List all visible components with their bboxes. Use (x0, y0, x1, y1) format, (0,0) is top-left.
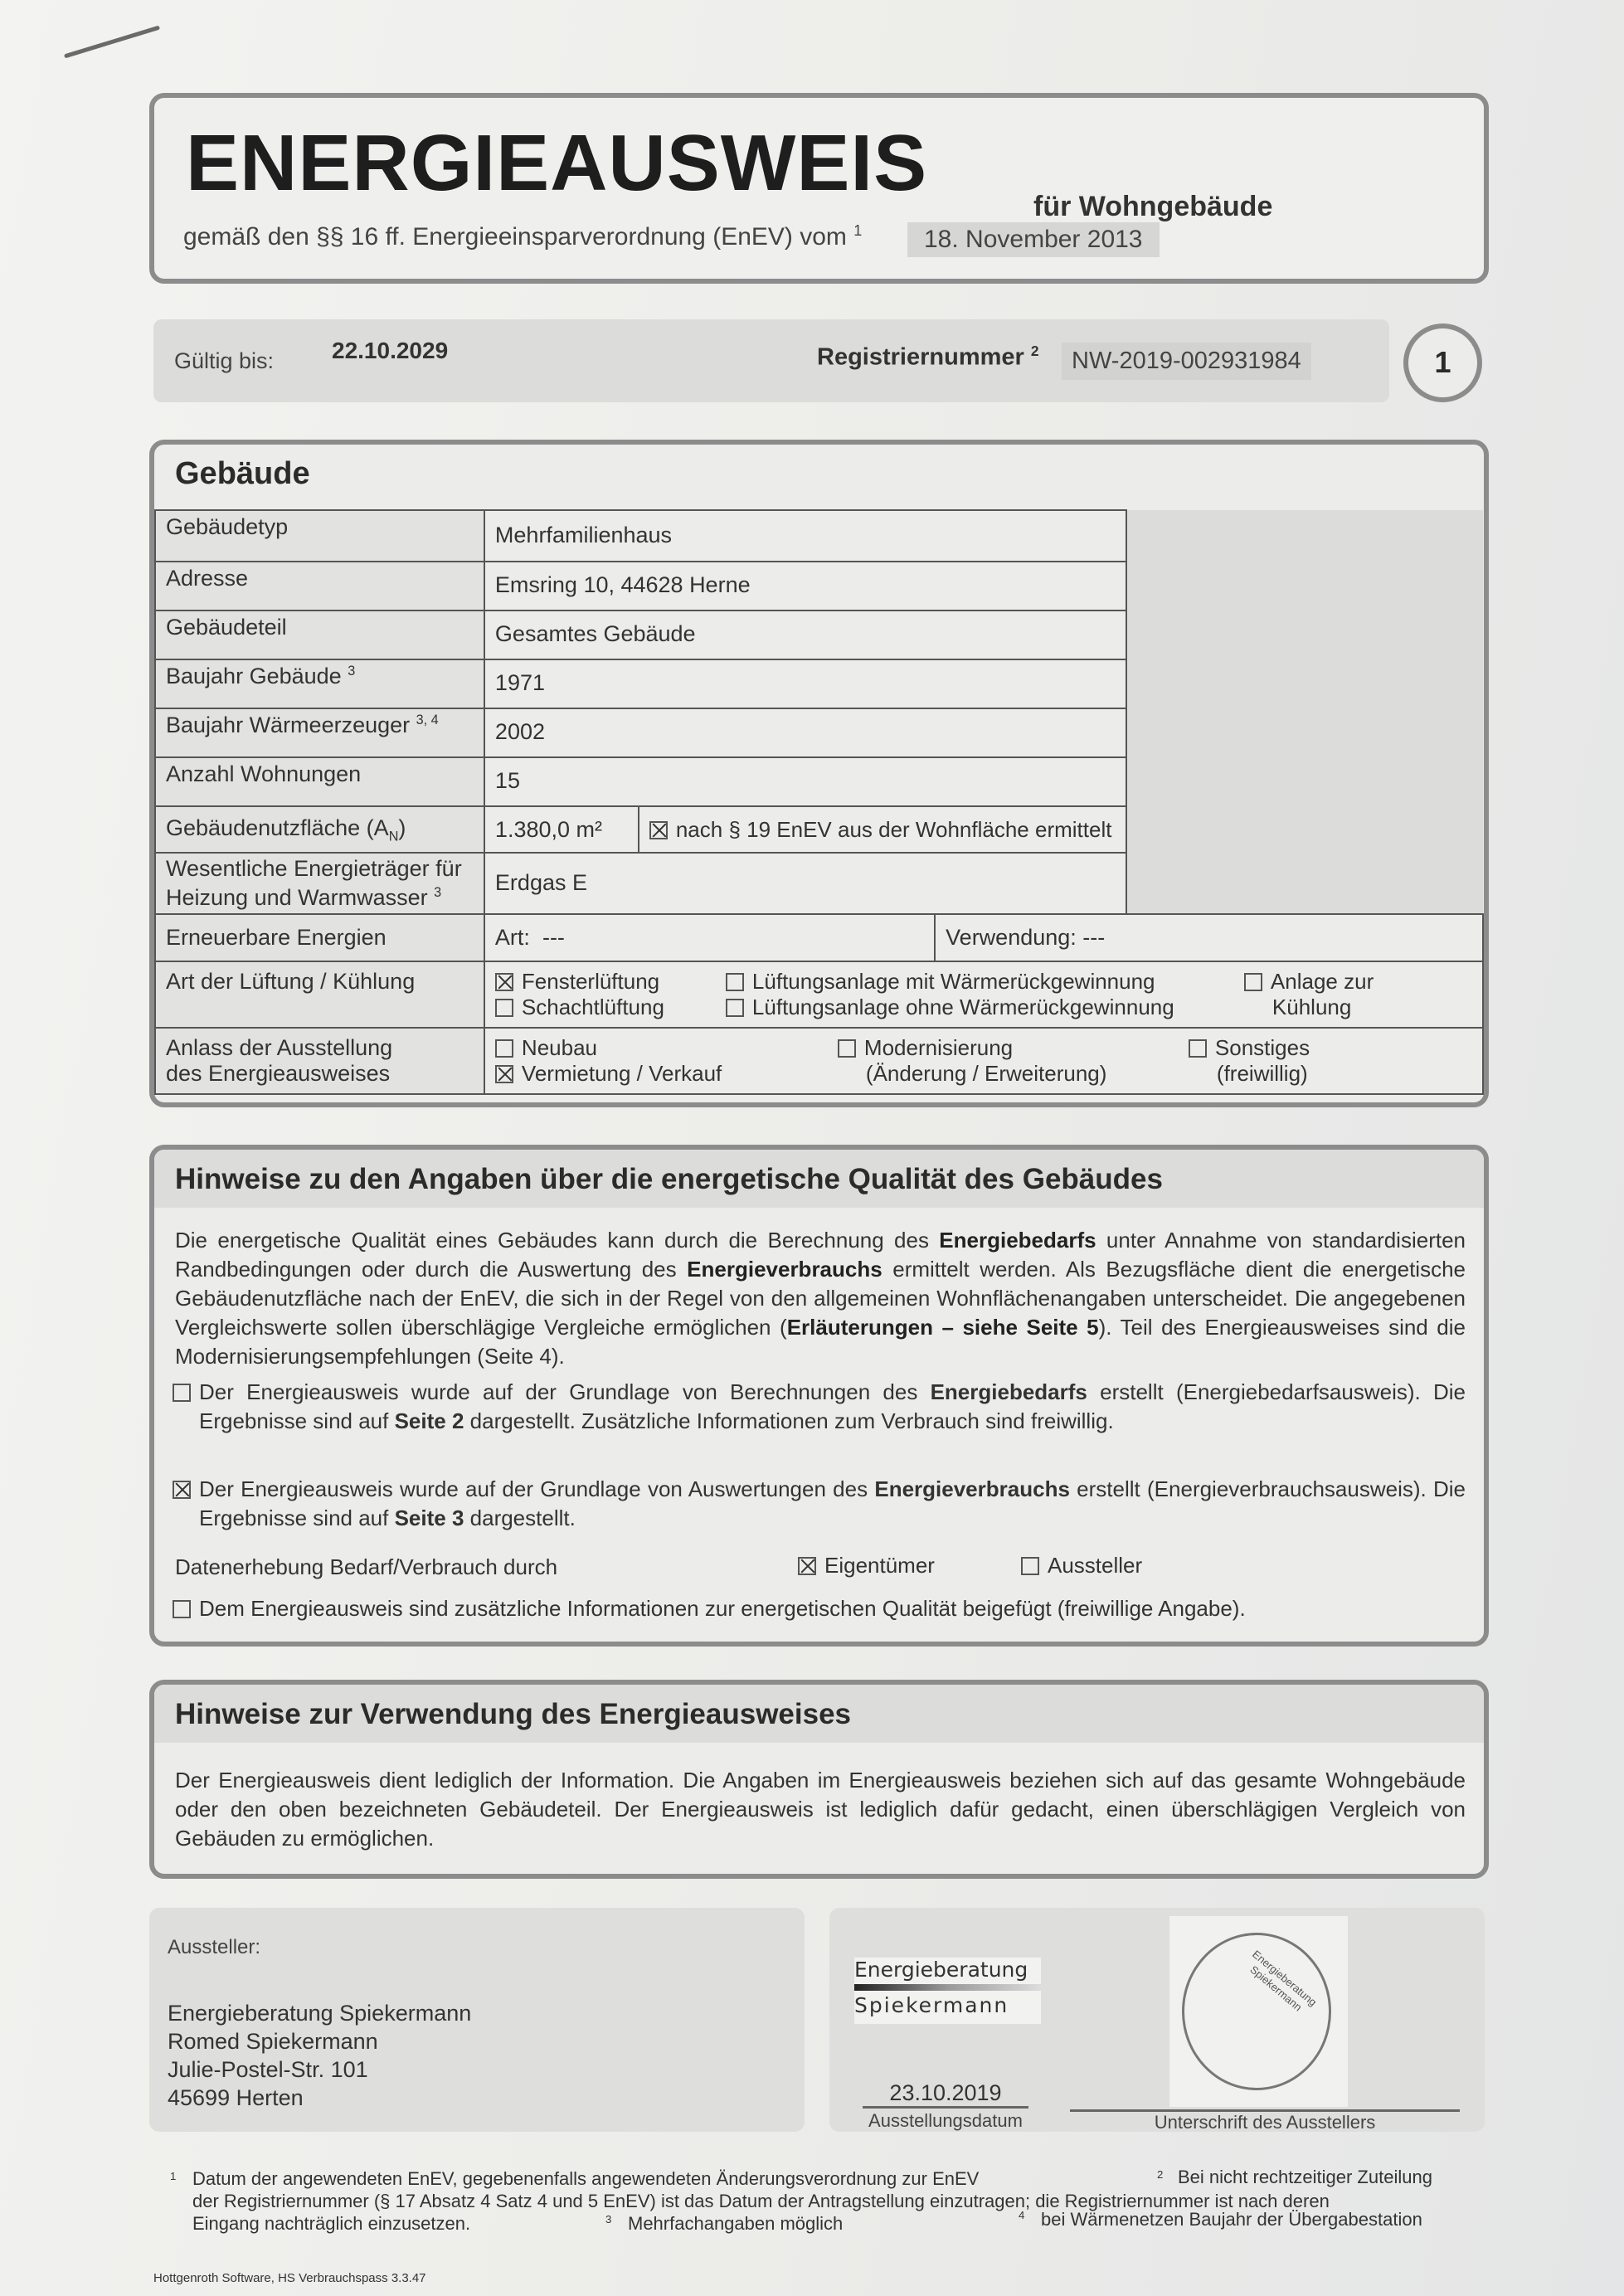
row-label: Gebäudetyp (155, 510, 484, 562)
issuer-panel: Aussteller: Energieberatung Spiekermann … (149, 1908, 805, 2132)
footnote-4: bei Wärmenetzen Baujahr der Übergabestat… (1041, 2208, 1422, 2230)
logo-bar (854, 1984, 1041, 1991)
occasion-option-label-line2: (freiwillig) (1189, 1061, 1308, 1086)
checkbox-checked[interactable] (495, 973, 513, 991)
data-collection-owner: Eigentümer (798, 1553, 935, 1578)
footnote-ref: 2 (1031, 343, 1039, 359)
row-label: Gebäudenutzfläche (AN) (155, 806, 484, 853)
ventilation-option-label: Lüftungsanlage ohne Wärmerückgewinnung (752, 995, 1174, 1019)
footnote-2-end: Eingang nachträglich einzusetzen. (192, 2212, 470, 2235)
checkbox-unchecked[interactable] (1189, 1039, 1207, 1058)
text-bold: Erläuterungen – siehe Seite 5 (787, 1315, 1099, 1340)
text: dargestellt. (464, 1506, 575, 1530)
logo-line2: Spiekermann (854, 1993, 1041, 2017)
issuer-address: Energieberatung Spiekermann Romed Spieke… (168, 1999, 471, 2112)
text: Die energetische Qualität eines Gebäudes… (175, 1228, 939, 1253)
checkbox-unchecked[interactable] (1021, 1557, 1039, 1575)
registration-label: Registriernummer 2 (817, 343, 1039, 372)
issuer-label: Aussteller (1048, 1553, 1142, 1578)
renewable-use: Verwendung: --- (935, 914, 1483, 961)
row-value: Gesamtes Gebäude (484, 610, 1126, 659)
footnote-ref: 1 (853, 222, 862, 239)
text-bold: Energiebedarfs (931, 1379, 1087, 1404)
regulation-line: gemäß den §§ 16 ff. Energieeinsparverord… (183, 222, 862, 251)
owner-label: Eigentümer (824, 1553, 935, 1578)
footnote-1-mark: 1 (170, 2165, 176, 2191)
date-signature-panel: Energieberatung Spiekermann Energieberat… (829, 1908, 1485, 2132)
footnote-mark: 3 (605, 2213, 611, 2225)
footnote-2-mark: 2 (1157, 2163, 1163, 2190)
renewable-use-value: --- (1082, 925, 1105, 950)
row-label-line2: Heizung und Warmwasser (166, 885, 428, 910)
building-photo-placeholder (1126, 510, 1483, 914)
validity-bar: Gültig bis: 22.10.2029 Registriernummer … (153, 319, 1389, 402)
area-method-label: nach § 19 EnEV aus der Wohnfläche ermitt… (676, 817, 1112, 842)
ventilation-option-label: Schachtlüftung (522, 995, 664, 1019)
valid-until-label: Gültig bis: (174, 348, 274, 374)
subscript: N (389, 829, 399, 844)
checkbox-unchecked[interactable] (726, 973, 744, 991)
row-value: Erdgas E (484, 853, 1126, 914)
row-value: 2002 (484, 708, 1126, 757)
issuer-logo: Energieberatung Spiekermann (854, 1958, 1041, 2024)
regulation-date: 18. November 2013 (907, 222, 1160, 257)
row-label: Anlass der Ausstellungdes Energieausweis… (155, 1028, 484, 1094)
checkbox-unchecked[interactable] (1244, 973, 1262, 991)
occasion-option-label: Modernisierung (864, 1035, 1013, 1060)
title-box: ENERGIEAUSWEIS für Wohngebäude gemäß den… (149, 93, 1489, 284)
checkbox-unchecked[interactable] (495, 999, 513, 1017)
table-row: Erneuerbare Energien Art: --- Verwendung… (155, 914, 1483, 961)
checkbox-checked[interactable] (798, 1557, 816, 1575)
table-row: Anlass der Ausstellungdes Energieausweis… (155, 1028, 1483, 1094)
footnote-mark: 1 (170, 2170, 176, 2182)
row-value: Mehrfamilienhaus (484, 510, 1126, 562)
logo-line1: Energieberatung (854, 1958, 1041, 1982)
page-number: 1 (1403, 323, 1482, 402)
renewable-use-label: Verwendung: (946, 925, 1077, 950)
row-label: Erneuerbare Energien (155, 914, 484, 961)
row-label: Baujahr Gebäude 3 (155, 659, 484, 708)
issuer-line: Julie-Postel-Str. 101 (168, 2055, 471, 2084)
additional-info-option: Dem Energieausweis sind zusätzliche Info… (173, 1596, 1246, 1622)
usage-notes-section: Hinweise zur Verwendung des Energieauswe… (149, 1680, 1489, 1879)
occasion-option-label: Sonstiges (1215, 1035, 1310, 1060)
row-label: Art der Lüftung / Kühlung (155, 961, 484, 1028)
checkbox-checked[interactable] (495, 1065, 513, 1083)
area-method: nach § 19 EnEV aus der Wohnfläche ermitt… (639, 806, 1126, 853)
registration-number: NW-2019-002931984 (1062, 343, 1311, 380)
text-bold: Seite 3 (395, 1506, 464, 1530)
data-collection-issuer: Aussteller (1021, 1553, 1142, 1578)
row-label-line1: Anlass der Ausstellung (166, 1035, 392, 1060)
issuer-line: 45699 Herten (168, 2084, 471, 2112)
section-title: Gebäude (175, 456, 310, 492)
footnote-mark: 4 (1019, 2209, 1024, 2221)
ventilation-option-label: Anlage zur (1271, 969, 1374, 994)
renewable-type-value: --- (542, 925, 565, 950)
issuer-label: Aussteller: (168, 1936, 260, 1959)
row-label: Anzahl Wohnungen (155, 757, 484, 806)
row-label: Wesentliche Energieträger fürHeizung und… (155, 853, 484, 914)
text-bold: Energiebedarfs (939, 1228, 1096, 1253)
row-label-line2: des Energieausweises (166, 1061, 390, 1086)
ventilation-option-label-line2: Kühlung (1244, 995, 1351, 1019)
row-label-line1: Wesentliche Energieträger für (166, 856, 462, 881)
occasion-option-label-line2: (Änderung / Erweiterung) (838, 1061, 1106, 1086)
footnote-ref: 3, 4 (416, 713, 439, 727)
section-title: Hinweise zur Verwendung des Energieauswe… (175, 1698, 851, 1731)
text-bold: Energieverbrauchs (874, 1476, 1070, 1501)
table-row: Art der Lüftung / Kühlung Fensterlüftung… (155, 961, 1483, 1028)
issue-date-label: Ausstellungsdatum (863, 2110, 1028, 2132)
software-credit: Hottgenroth Software, HS Verbrauchspass … (153, 2271, 426, 2285)
checkbox-unchecked[interactable] (838, 1039, 856, 1058)
issuer-line: Romed Spiekermann (168, 2027, 471, 2055)
row-value: 1971 (484, 659, 1126, 708)
row-label: Baujahr Wärmeerzeuger 3, 4 (155, 708, 484, 757)
consumption-certificate-option: Der Energieausweis wurde auf der Grundla… (173, 1475, 1466, 1533)
checkbox-unchecked[interactable] (726, 999, 744, 1017)
stamp-icon: Energieberatung Spiekermann (1169, 1916, 1348, 2107)
text-bold: Energieverbrauchs (687, 1257, 883, 1282)
footnote-ref: 3 (434, 885, 441, 900)
checkbox-unchecked[interactable] (495, 1039, 513, 1058)
row-label-text: Gebäudenutzfläche (A (166, 815, 389, 840)
row-value: 15 (484, 757, 1126, 806)
regulation-text: gemäß den §§ 16 ff. Energieeinsparverord… (183, 223, 847, 251)
row-label: Gebäudeteil (155, 610, 484, 659)
renewable-type-label: Art: (495, 925, 530, 950)
text: dargestellt. Zusätzliche Informationen z… (464, 1408, 1113, 1433)
footnote-4-mark: 4 (1019, 2204, 1024, 2230)
data-collection-label: Datenerhebung Bedarf/Verbrauch durch (175, 1554, 557, 1580)
footnote-mark: 2 (1157, 2168, 1163, 2181)
additional-info-label: Dem Energieausweis sind zusätzliche Info… (199, 1596, 1246, 1621)
checkbox-checked[interactable] (173, 1481, 191, 1499)
valid-until-date: 22.10.2029 (332, 338, 448, 364)
row-value: Emsring 10, 44628 Herne (484, 562, 1126, 610)
occasion-options: NeubauVermietung / Verkauf Modernisierun… (484, 1028, 1483, 1094)
occasion-option-label: Neubau (522, 1035, 597, 1060)
row-label-end: ) (398, 815, 406, 840)
issuer-line: Energieberatung Spiekermann (168, 1999, 471, 2027)
footnote-2-start: Bei nicht rechtzeitiger Zuteilung (1178, 2166, 1432, 2188)
checkbox-unchecked[interactable] (173, 1600, 191, 1618)
quality-notes-section: Hinweise zu den Angaben über die energet… (149, 1145, 1489, 1647)
renewable-type: Art: --- (484, 914, 935, 961)
ventilation-options: FensterlüftungSchachtlüftung Lüftungsanl… (484, 961, 1483, 1028)
footnote-3: Mehrfachangaben möglich (628, 2212, 843, 2235)
document-subtitle: für Wohngebäude (1033, 191, 1272, 223)
document-title: ENERGIEAUSWEIS (186, 118, 927, 209)
signature-label: Unterschrift des Ausstellers (1070, 2112, 1460, 2133)
building-section: Gebäude Gebäudetyp Mehrfamilienhaus Adre… (149, 440, 1489, 1107)
occasion-option-label: Vermietung / Verkauf (522, 1061, 722, 1086)
demand-certificate-option: Der Energieausweis wurde auf der Grundla… (173, 1378, 1466, 1436)
footnote-1: Datum der angewendeten EnEV, gegebenenfa… (192, 2167, 979, 2190)
text-bold: Seite 2 (395, 1408, 464, 1433)
building-table: Gebäudetyp Mehrfamilienhaus Adresse Emsr… (154, 509, 1484, 1095)
footnote-ref: 3 (348, 664, 355, 679)
table-row: Gebäudetyp Mehrfamilienhaus (155, 510, 1483, 562)
quality-intro-text: Die energetische Qualität eines Gebäudes… (175, 1226, 1466, 1371)
ventilation-option-label: Fensterlüftung (522, 969, 659, 994)
usage-notes-text: Der Energieausweis dient lediglich der I… (175, 1766, 1466, 1853)
checkbox-checked[interactable] (649, 821, 668, 839)
registration-label-text: Registriernummer (817, 344, 1024, 371)
row-label-text: Baujahr Gebäude (166, 664, 342, 688)
area-value: 1.380,0 m² (484, 806, 639, 853)
text: Der Energieausweis wurde auf der Grundla… (199, 1476, 874, 1501)
pen-mark (64, 26, 160, 59)
row-label: Adresse (155, 562, 484, 610)
text: Der Energieausweis wurde auf der Grundla… (199, 1379, 931, 1404)
row-label-text: Baujahr Wärmeerzeuger (166, 713, 410, 737)
footnote-3-mark: 3 (605, 2208, 611, 2235)
ventilation-option-label: Lüftungsanlage mit Wärmerückgewinnung (752, 969, 1155, 994)
section-title: Hinweise zu den Angaben über die energet… (175, 1163, 1163, 1196)
issue-date: 23.10.2019 (863, 2080, 1028, 2109)
checkbox-unchecked[interactable] (173, 1384, 191, 1402)
